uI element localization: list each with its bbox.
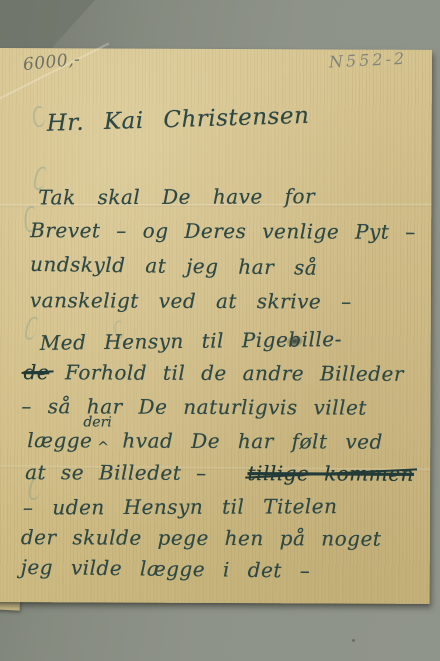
bleedthrough-mark xyxy=(24,315,39,341)
handwritten-line: vanskeligt ved at skrive – xyxy=(30,288,352,313)
line-text: lægge xyxy=(27,428,92,452)
handwritten-line: – så har De naturligvis villet xyxy=(21,394,367,420)
pencil-price-annotation: 6000,- xyxy=(22,49,81,75)
handwritten-line: Brevet – og Deres venlige Pyt – xyxy=(30,218,416,244)
struck-out-word: de xyxy=(24,360,50,384)
pencil-archive-reference: N552-2 xyxy=(329,49,408,72)
handwritten-line: jeg vilde lægge i det – xyxy=(21,555,311,583)
line-text: at se Billedet – xyxy=(25,460,207,485)
bleedthrough-mark xyxy=(31,105,47,128)
handwritten-line: undskyld at jeg har så xyxy=(30,252,318,280)
handwritten-line: læggederi^hvad De har følt ved xyxy=(27,428,383,454)
handwritten-line: der skulde pege hen på noget xyxy=(21,525,382,551)
dust-speck xyxy=(352,639,355,642)
handwritten-line: – uden Hensyn til Titelen xyxy=(23,494,338,519)
background-shadow xyxy=(0,0,250,50)
handwritten-line: de Forhold til de andre Billeder xyxy=(24,360,404,386)
handwritten-line: Med Hensyn til Pigebille- xyxy=(40,327,342,355)
inserted-word: deri xyxy=(83,414,111,430)
line-text: hvad De har følt ved xyxy=(122,429,382,454)
struck-out-words: tillige kommen xyxy=(247,461,414,486)
letter-paper: 6000,- N552-2 Hr. Kai Christensen Tak sk… xyxy=(0,48,432,604)
handwritten-line: at se Billedet – tillige kommen xyxy=(25,460,414,486)
line-text: Forhold til de andre Billeder xyxy=(65,360,404,385)
handwritten-line: Tak skal De have for xyxy=(38,184,315,209)
insertion-caret: ^ xyxy=(97,439,109,455)
salutation: Hr. Kai Christensen xyxy=(46,103,309,137)
letter-photograph: 6000,- N552-2 Hr. Kai Christensen Tak sk… xyxy=(0,0,440,661)
